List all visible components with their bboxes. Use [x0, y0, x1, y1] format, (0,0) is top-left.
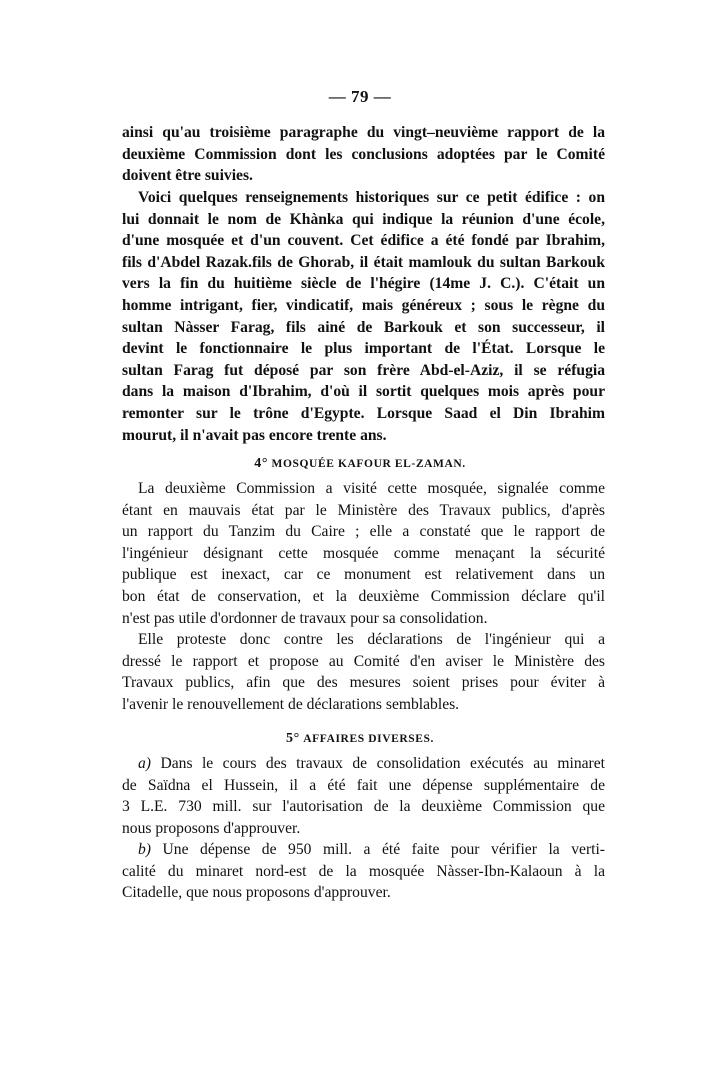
text-line: ainsi qu'au troisième paragraphe du ving…	[122, 122, 605, 144]
text-line: deuxième Commission dont les conclusions…	[122, 144, 605, 166]
paragraph-continuation: ainsi qu'au troisième paragraphe du ving…	[122, 122, 605, 187]
section-number: 5°	[286, 731, 300, 746]
text-line: un rapport du Tanzim du Caire ; elle a c…	[122, 521, 605, 543]
page-number: — 79 —	[0, 87, 720, 107]
text-line: lui donnait le nom de Khànka qui indique…	[122, 209, 605, 231]
section-heading-5: 5° Affaires diverses.	[0, 731, 720, 747]
text-line: nous proposons d'approuver.	[122, 818, 605, 840]
text-line: l'avenir le renouvellement de déclaratio…	[122, 694, 605, 716]
list-item-a: a) Dans le cours des travaux de consolid…	[122, 753, 605, 839]
text-line: remonter sur le trône d'Egypte. Lorsque …	[122, 403, 605, 425]
text-line: l'ingénieur désignant cette mosquée comm…	[122, 543, 605, 565]
list-item-b: b) Une dépense de 950 mill. a été faite …	[122, 839, 605, 904]
text-line: sultan Farag fut déposé par son frère Ab…	[122, 360, 605, 382]
text-line: calité du minaret nord-est de la mosquée…	[122, 861, 605, 883]
item-marker: a)	[138, 755, 151, 772]
paragraph-protest: Elle proteste donc contre les déclaratio…	[122, 629, 605, 715]
section-title: Mosquée Kafour El-Zaman.	[272, 458, 466, 470]
paragraph-mosque-visit: La deuxième Commission a visité cette mo…	[122, 478, 605, 629]
text-line: a) Dans le cours des travaux de consolid…	[122, 753, 605, 775]
text-line: n'est pas utile d'ordonner de travaux po…	[122, 608, 605, 630]
section-number: 4°	[254, 456, 268, 471]
text-line: b) Une dépense de 950 mill. a été faite …	[122, 839, 605, 861]
text-line: d'une mosquée et d'un couvent. Cet édifi…	[122, 230, 605, 252]
text-line: dans la maison d'Ibrahim, d'où il sortit…	[122, 381, 605, 403]
document-page: — 79 — ainsi qu'au troisième paragraphe …	[0, 0, 720, 1082]
text-line: Travaux publics, afin que des mesures so…	[122, 672, 605, 694]
item-text: Une dépense de 950 mill. a été faite pou…	[151, 841, 605, 858]
item-marker: b)	[138, 841, 151, 858]
text-line: dressé le rapport et propose au Comité d…	[122, 651, 605, 673]
text-line: publique est inexact, car ce monument es…	[122, 564, 605, 586]
text-line: homme intrigant, fier, vindicatif, mais …	[122, 295, 605, 317]
paragraph-historical: Voici quelques renseignements historique…	[122, 187, 605, 446]
text-line: étant en mauvais état par le Ministère d…	[122, 500, 605, 522]
section-heading-4: 4° Mosquée Kafour El-Zaman.	[0, 456, 720, 472]
text-line: Citadelle, que nous proposons d'approuve…	[122, 882, 605, 904]
text-line: Voici quelques renseignements historique…	[122, 187, 605, 209]
text-line: 3 L.E. 730 mill. sur l'autorisation de l…	[122, 796, 605, 818]
section-title: Affaires diverses.	[303, 733, 434, 745]
text-line: devint le fonctionnaire le plus importan…	[122, 338, 605, 360]
text-line: fils d'Abdel Razak.fils de Ghorab, il ét…	[122, 252, 605, 274]
text-line: de Saïdna el Hussein, il a été fait une …	[122, 775, 605, 797]
item-text: Dans le cours des travaux de consolidati…	[151, 755, 605, 772]
text-line: sultan Nàsser Farag, fils ainé de Barkou…	[122, 317, 605, 339]
text-line: doivent être suivies.	[122, 165, 605, 187]
text-line: Elle proteste donc contre les déclaratio…	[122, 629, 605, 651]
text-line: bon état de conservation, et la deuxième…	[122, 586, 605, 608]
text-line: vers la fin du huitième siècle de l'hégi…	[122, 273, 605, 295]
text-line: La deuxième Commission a visité cette mo…	[122, 478, 605, 500]
text-line: mourut, il n'avait pas encore trente ans…	[122, 425, 605, 447]
